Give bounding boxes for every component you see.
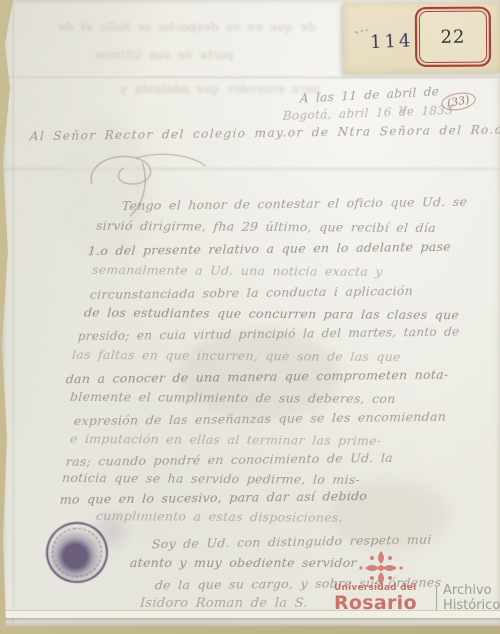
handwriting-line: dan a conocer de una manera que comprome… xyxy=(65,367,449,387)
date-line: A las 11 de abril de xyxy=(300,84,440,105)
handwriting-line: sirvió dirigirme, fha 29 último, que rec… xyxy=(96,218,437,235)
archive-watermark: Universidad del Rosario Archivo Históric… xyxy=(332,551,498,615)
closing-line: Soy de Ud. con distinguido respeto mui xyxy=(151,532,432,552)
handwriting-line: de los estudiantes que concurren para la… xyxy=(84,305,460,323)
paper-crease xyxy=(0,76,500,79)
addressee-line: Al Señor Rector del colegio may.or de Nt… xyxy=(29,123,500,144)
handwriting-line: Tengo el honor de contestar el oficio qu… xyxy=(121,194,467,213)
paper-crease xyxy=(13,0,16,626)
closing-line: atento y muy obediente servidor xyxy=(129,555,357,570)
handwriting-line: blemente el cumplimiento de sus deberes,… xyxy=(70,389,397,406)
signature: Isidoro Roman de la S. xyxy=(139,596,308,611)
handwriting-line: presido; en cuia virtud principió la del… xyxy=(77,325,459,344)
bleedthrough-line: para entender que adelanta y xyxy=(119,82,321,96)
university-name: Universidad del Rosario xyxy=(334,584,434,613)
handwriting-line: noticia que se ha servido pedirme, lo mi… xyxy=(61,470,360,487)
archive-name-line1: Archivo xyxy=(443,584,500,599)
bleedthrough-line: de que en su despacho se halla el de xyxy=(57,20,316,34)
archive-number-stamp: 114 xyxy=(370,30,414,53)
handwriting-line: ras; cuando pondré en conocimiento de Ud… xyxy=(65,450,393,469)
date-line: Bogotá, abril 16 de 1833 xyxy=(283,103,454,123)
handwriting-line: mo que en lo sucesivo, para dar así debi… xyxy=(59,488,367,507)
page-bottom-edge xyxy=(4,610,500,618)
folio-number-box: 22 xyxy=(415,7,491,68)
bleedthrough-line: parte de sus últimos xyxy=(94,48,234,62)
handwriting-line: circunstanciada sobre la conducta i apli… xyxy=(89,283,413,302)
handwriting-line: 1.o del presente relativo a que en lo ad… xyxy=(87,239,451,258)
handwriting-line: e imputación en ellas al terminar las pr… xyxy=(70,431,383,448)
folio-number-box-inner: 22 xyxy=(419,11,487,63)
handwriting-line: expresión de las enseñanzas que se les e… xyxy=(73,409,446,429)
manuscript-page: de que en su despacho se halla el de par… xyxy=(0,0,500,626)
folio-number: 22 xyxy=(440,26,465,47)
handwriting-line: las faltas en que incurren, que son de l… xyxy=(72,347,402,364)
handwriting-line: semanalmente a Ud. una noticia exacta y xyxy=(91,262,383,279)
paper-crease xyxy=(0,168,500,170)
archive-label: -·· 114 22 xyxy=(343,1,500,73)
rosario-cross-icon xyxy=(356,551,406,585)
document-scan: de que en su despacho se halla el de par… xyxy=(0,0,500,634)
